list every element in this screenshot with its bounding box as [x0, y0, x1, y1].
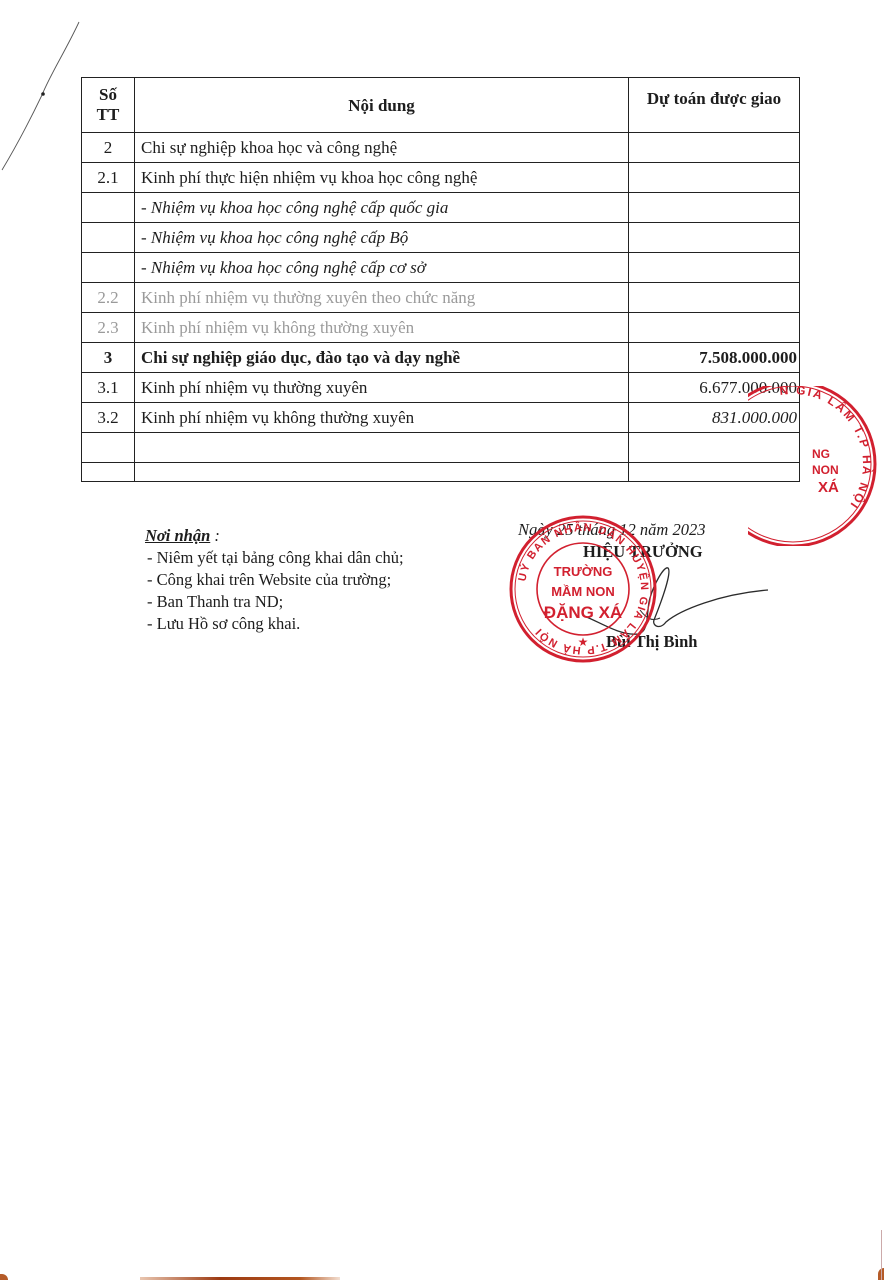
row-content: Chi sự nghiệp khoa học và công nghệ: [135, 133, 629, 163]
table-row: 3.1Kinh phí nhiệm vụ thường xuyên6.677.0…: [82, 373, 800, 403]
table-row: - Nhiệm vụ khoa học công nghệ cấp Bộ: [82, 223, 800, 253]
row-content: [135, 433, 629, 463]
row-number: [82, 253, 135, 283]
row-content: Kinh phí nhiệm vụ thường xuyên theo chức…: [135, 283, 629, 313]
table-row: 2.3Kinh phí nhiệm vụ không thường xuyên: [82, 313, 800, 343]
row-content: - Nhiệm vụ khoa học công nghệ cấp Bộ: [135, 223, 629, 253]
row-amount: [629, 163, 800, 193]
budget-table: SốTT Nội dung Dự toán được giao 2Chi sự …: [81, 77, 800, 482]
row-number: 2.1: [82, 163, 135, 193]
recipient-item: - Niêm yết tại bảng công khai dân chủ;: [147, 547, 404, 569]
table-row: 2.2Kinh phí nhiệm vụ thường xuyên theo c…: [82, 283, 800, 313]
table-header-row: SốTT Nội dung Dự toán được giao: [82, 78, 800, 133]
edge-stamp-line-3: XÁ: [818, 479, 839, 496]
scan-corner: [0, 1274, 8, 1280]
row-content: [135, 463, 629, 482]
row-amount: [629, 223, 800, 253]
table-row: - Nhiệm vụ khoa học công nghệ cấp quốc g…: [82, 193, 800, 223]
row-content: - Nhiệm vụ khoa học công nghệ cấp quốc g…: [135, 193, 629, 223]
header-no: SốTT: [82, 78, 135, 133]
row-number: 2: [82, 133, 135, 163]
recipients-list: - Niêm yết tại bảng công khai dân chủ; -…: [145, 547, 404, 635]
recipient-item: - Công khai trên Website của trường;: [147, 569, 404, 591]
table-row: 3.2Kinh phí nhiệm vụ không thường xuyên8…: [82, 403, 800, 433]
stamp-star-icon: ★: [578, 635, 589, 649]
recipients-label: Nơi nhận: [145, 526, 210, 545]
row-content: Kinh phí nhiệm vụ không thường xuyên: [135, 403, 629, 433]
row-number: [82, 223, 135, 253]
scan-edge-line: [0, 0, 90, 180]
row-content: - Nhiệm vụ khoa học công nghệ cấp cơ sở: [135, 253, 629, 283]
row-number: 3.2: [82, 403, 135, 433]
header-amount: Dự toán được giao: [629, 78, 800, 133]
official-stamp: UỶ BAN NHÂN DÂN HUYỆN GIA LÂM T.P HÀ NỘI…: [508, 514, 658, 664]
scan-right-edge: [881, 1230, 882, 1280]
row-number: [82, 433, 135, 463]
row-number: 2.2: [82, 283, 135, 313]
stamp-line-1: TRƯỜNG: [554, 564, 613, 579]
recipients-block: Nơi nhận : - Niêm yết tại bảng công khai…: [145, 525, 404, 635]
row-content: Kinh phí nhiệm vụ không thường xuyên: [135, 313, 629, 343]
header-content: Nội dung: [135, 78, 629, 133]
edge-stamp-line-1: NG: [812, 447, 830, 461]
table-row-empty: [82, 433, 800, 463]
edge-stamp: N GIA LÂM T.P HÀ NỘI NG NON XÁ: [748, 386, 884, 546]
recipient-item: - Lưu Hồ sơ công khai.: [147, 613, 404, 635]
row-amount: [629, 283, 800, 313]
row-amount: [629, 313, 800, 343]
table-row: - Nhiệm vụ khoa học công nghệ cấp cơ sở: [82, 253, 800, 283]
edge-stamp-line-2: NON: [812, 463, 839, 477]
row-number: 3: [82, 343, 135, 373]
table-row-empty: [82, 463, 800, 482]
row-amount: [629, 253, 800, 283]
stamp-line-3: ĐẶNG XÁ: [544, 603, 622, 622]
row-number: 2.3: [82, 313, 135, 343]
recipient-item: - Ban Thanh tra ND;: [147, 591, 404, 613]
row-amount: [629, 193, 800, 223]
row-number: 3.1: [82, 373, 135, 403]
row-content: Kinh phí thực hiện nhiệm vụ khoa học côn…: [135, 163, 629, 193]
row-number: [82, 193, 135, 223]
document-page: SốTT Nội dung Dự toán được giao 2Chi sự …: [0, 0, 884, 1280]
table-row: 2Chi sự nghiệp khoa học và công nghệ: [82, 133, 800, 163]
row-amount: 7.508.000.000: [629, 343, 800, 373]
stamp-line-2: MẦM NON: [551, 584, 615, 599]
table-row: 3Chi sự nghiệp giáo dục, đào tạo và dạy …: [82, 343, 800, 373]
recipients-colon: :: [210, 526, 220, 545]
table-row: 2.1Kinh phí thực hiện nhiệm vụ khoa học …: [82, 163, 800, 193]
row-content: Kinh phí nhiệm vụ thường xuyên: [135, 373, 629, 403]
row-amount: [629, 133, 800, 163]
row-content: Chi sự nghiệp giáo dục, đào tạo và dạy n…: [135, 343, 629, 373]
row-number: [82, 463, 135, 482]
